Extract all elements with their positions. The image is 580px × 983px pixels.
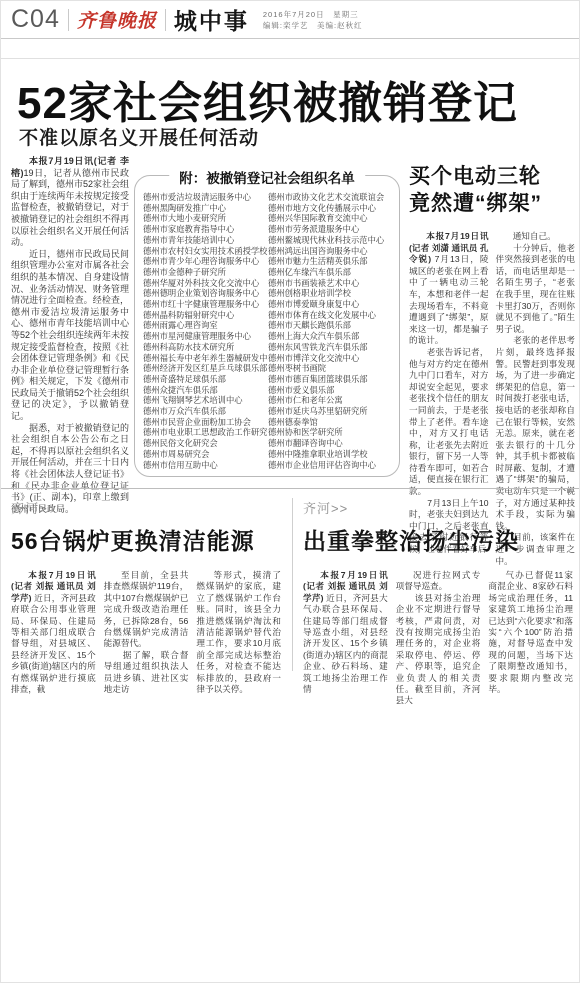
revoked-orgs-box: 附：被撤销登记社会组织名单 德州市爱洁垃圾清运服务中心德州黑陶研发推广中心德州市… <box>134 175 400 477</box>
lead-story-body: 本报7月19日讯(记者 李榕)19日，记者从德州市民政局了解到，德州市52家社会… <box>11 156 129 486</box>
org-list-item: 德州市周易研究会 <box>143 449 268 460</box>
header-divider <box>68 9 69 31</box>
lead-paragraph-2: 近日，德州市民政局民间组织管理办公室对市属各社会组织的基本情况、自身建设情况、业… <box>11 249 129 423</box>
org-list-item: 德州市红十字健康管理服务中心 <box>143 299 268 310</box>
boiler-column-2: 至目前，全县共排查燃煤锅炉119台，其中107台燃煤锅炉已完成升级改造治理任务，… <box>104 570 189 695</box>
org-list-item: 德州德明企业策划咨询服务中心 <box>143 288 268 299</box>
org-list-item: 德州晶科防辐射研究中心 <box>143 310 268 321</box>
boiler-kicker: 齐河>> <box>11 498 281 517</box>
org-list-item: 德州兴华国际教育交流中心 <box>268 213 393 224</box>
dust-column-2: 况进行拉网式专项督导巡查。 该县对扬尘治理企业不定期进行督导考核，严肃问责，对没… <box>396 570 481 707</box>
org-list-item: 德州市劳务派遣服务中心 <box>268 224 393 235</box>
dust-kicker: 齐河>> <box>303 498 573 517</box>
dust-story: 齐河>> 出重拳整治扬尘污染 本报7月19日讯(记者 刘振 通讯员 刘学芹) 近… <box>303 498 573 707</box>
bottom-section-rule <box>1 488 580 489</box>
org-list-item: 德州市德百集团篮球俱乐部 <box>268 374 393 385</box>
date-line: 2016年7月20日 星期三 <box>263 9 363 20</box>
dust-column-3: 气办已督促11家商混企业、8家砂石料场完成治理任务，11家建筑工地扬尘治理已达到… <box>488 570 573 707</box>
org-list-item: 德州协和医学研究所 <box>268 427 393 438</box>
org-list-item: 德州市星河健康管理服务中心 <box>143 331 268 342</box>
org-list-item: 德州市仁和老年公寓 <box>268 395 393 406</box>
org-list-item: 德州枣树书画院 <box>268 363 393 374</box>
org-list-item: 德州市博爱颐身康复中心 <box>268 299 393 310</box>
org-list-item: 德州飞翔钢琴艺术培训中心 <box>143 395 268 406</box>
dust-headline: 出重拳整治扬尘污染 <box>303 523 573 556</box>
org-list-item: 德州众捷汽车俱乐部 <box>143 385 268 396</box>
org-list-item: 德州市家庭教育指导中心 <box>143 224 268 235</box>
newspaper-page: C04 齐鲁晚报 城中事 2016年7月20日 星期三 编辑:栾学艺 美编:赵秋… <box>0 0 580 983</box>
lead-subhead: 不准以原名义开展任何活动 <box>19 123 259 150</box>
org-list-item: 德州市书画装裱艺术中心 <box>268 278 393 289</box>
boiler-body: 本报7月19日讯(记者 刘振 通讯员 刘学芹) 近日，齐河县政府联合公用事业管理… <box>11 570 281 695</box>
org-list-item: 德州市农村妇女实用技术函授学校 <box>143 246 268 257</box>
org-list-item: 德州上海大众汽车俱乐部 <box>268 331 393 342</box>
org-list-item: 德州民俗文化研究会 <box>143 438 268 449</box>
org-list-item: 德州市魅力生活精英俱乐部 <box>268 256 393 267</box>
org-list-item: 德州市民营企业面粉加工协会 <box>143 417 268 428</box>
bottom-column-divider <box>292 498 293 671</box>
org-list-item: 德州东风雪铁龙汽车俱乐部 <box>268 342 393 353</box>
headline-rule <box>1 58 580 59</box>
org-list-item: 德州鸿远出国咨询服务中心 <box>268 246 393 257</box>
dust-column-1: 本报7月19日讯(记者 刘振 通讯员 刘学芹) 近日，齐河县大气办联合县环保局、… <box>303 570 388 707</box>
boiler-headline: 56台锅炉更换清洁能源 <box>11 523 281 556</box>
boiler-column-1: 本报7月19日讯(记者 刘振 通讯员 刘学芹) 近日，齐河县政府联合公用事业管理… <box>11 570 96 695</box>
date-block: 2016年7月20日 星期三 编辑:栾学艺 美编:赵秋红 <box>263 9 363 31</box>
dust-body: 本报7月19日讯(记者 刘振 通讯员 刘学芹) 近日，齐河县大气办联合县环保局、… <box>303 570 573 707</box>
staff-line: 编辑:栾学艺 美编:赵秋红 <box>263 20 363 31</box>
org-list-item: 德州雨露心理咨询室 <box>143 320 268 331</box>
org-list-item: 德州市万众汽车俱乐部 <box>143 406 268 417</box>
org-list-column-2: 德州市政协文化艺术交流联谊会德州市地方文化传播展示中心德州兴华国际教育交流中心德… <box>268 192 393 470</box>
org-list-item: 德州市金德种子研究所 <box>143 267 268 278</box>
page-number: C04 <box>11 5 60 34</box>
org-list-item: 德州德泰拳馆 <box>268 417 393 428</box>
org-list-item: 德州黑陶研发推广中心 <box>143 203 268 214</box>
boiler-story: 齐河>> 56台锅炉更换清洁能源 本报7月19日讯(记者 刘振 通讯员 刘学芹)… <box>11 498 281 695</box>
org-list-item: 德州市青少年心理咨询服务中心 <box>143 256 268 267</box>
org-list-item: 德州鳌城现代林业科技示范中心 <box>268 235 393 246</box>
org-list-item: 德州市博洋文化交流中心 <box>268 353 393 364</box>
org-list-item: 德州市政协文化艺术交流联谊会 <box>268 192 393 203</box>
org-box-title: 附：被撤销登记社会组织名单 <box>169 167 365 187</box>
masthead-logo: 齐鲁晚报 <box>77 6 157 33</box>
org-list-item: 德州福长寿中老年养生器械研发中心 <box>143 353 268 364</box>
org-list-item: 德州中隆推拿职业培训学校 <box>268 449 393 460</box>
org-list-item: 德州奇盛特足球俱乐部 <box>143 374 268 385</box>
org-list-item: 德州市地方文化传播展示中心 <box>268 203 393 214</box>
org-list-item: 德州市爱洁垃圾清运服务中心 <box>143 192 268 203</box>
org-list-item: 德州市体育在线文化发展中心 <box>268 310 393 321</box>
boiler-column-3: 等形式，摸清了燃煤锅炉的家底，建立了燃煤锅炉工作台账。同时，该县全力推进燃煤锅炉… <box>196 570 281 695</box>
org-list-item: 德州市天麒长跑俱乐部 <box>268 320 393 331</box>
paragraph-text: 19日，记者从德州市民政局了解到，德州市52家社会组织由于连续两年未按规定接受监… <box>11 168 129 248</box>
org-list-item: 德州华厦对外科技文化交流中心 <box>143 278 268 289</box>
org-list-item: 德州创格职业培训学校 <box>268 288 393 299</box>
org-list-item: 德州市青年技能培训中心 <box>143 235 268 246</box>
org-list-item: 德州市翻译咨询中心 <box>268 438 393 449</box>
kidnap-headline-line2: 竟然遭“绑架” <box>409 190 575 217</box>
org-list-item: 德州市企业信用评估咨询中心 <box>268 460 393 471</box>
org-list-item: 德州科高防水技术研究所 <box>143 342 268 353</box>
org-list-columns: 德州市爱洁垃圾清运服务中心德州黑陶研发推广中心德州市大地小麦研究所德州市家庭教育… <box>135 176 399 470</box>
org-list-item: 德州市电业职工思想政治工作研究会 <box>143 427 268 438</box>
header-divider <box>165 9 166 31</box>
org-list-column-1: 德州市爱洁垃圾清运服务中心德州黑陶研发推广中心德州市大地小麦研究所德州市家庭教育… <box>143 192 268 470</box>
lead-paragraph-1: 本报7月19日讯(记者 李榕)19日，记者从德州市民政局了解到，德州市52家社会… <box>11 156 129 249</box>
org-list-item: 德州经济开发区红星乒乓球俱乐部 <box>143 363 268 374</box>
org-list-item: 德州市大地小麦研究所 <box>143 213 268 224</box>
page-header: C04 齐鲁晚报 城中事 2016年7月20日 星期三 编辑:栾学艺 美编:赵秋… <box>1 1 580 39</box>
section-title: 城中事 <box>174 3 249 36</box>
kidnap-headline: 买个电动三轮 竟然遭“绑架” <box>409 163 575 217</box>
org-list-item: 德州市延庆乌苏里貂研究所 <box>268 406 393 417</box>
kidnap-headline-line1: 买个电动三轮 <box>409 163 575 190</box>
paragraph-text: 近日，齐河县大气办联合县环保局、住建局等部门组成督导巡查小组，对县经济开发区、1… <box>303 593 388 694</box>
lead-headline: 52家社会组织被撤销登记 <box>17 67 569 131</box>
paragraph-text: 近日，齐河县政府联合公用事业管理局、环保局、住建局等相关部门组成联合督导组，对县… <box>11 593 96 694</box>
org-list-item: 德州亿车缘汽车俱乐部 <box>268 267 393 278</box>
org-list-item: 德州市信用互助中心 <box>143 460 268 471</box>
org-list-item: 德州市爱义俱乐部 <box>268 385 393 396</box>
